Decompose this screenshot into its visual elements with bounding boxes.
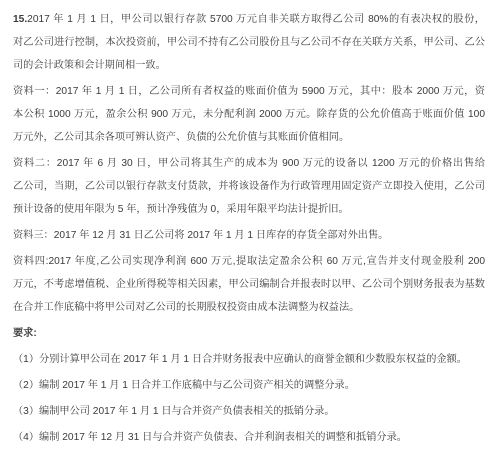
material-2-line-2: 乙公司，当期，乙公司以银行存款支付货款，并将该设备作为行政管理用固定资产立即投入… [13,175,485,198]
requirements-heading-paragraph: 要求: [13,322,485,345]
material-1-line-3: 万元外，乙公司其余各项可辨认资产、负债的公允价值与其账面价值相同。 [13,126,485,149]
material-1-line-1: 资料一：2017 年 1 月 1 日，乙公司所有者权益的账面价值为 5900 万… [13,80,485,103]
requirement-3-paragraph: （3）编制甲公司 2017 年 1 月 1 日与合并资产负债表相关的抵销分录。 [13,400,485,423]
material-3-paragraph: 资料三：2017 年 12 月 31 日乙公司将 2017 年 1 月 1 日库… [13,224,485,247]
material-4-line-3: 在合并工作底稿中将甲公司对乙公司的长期股权投资由成本法调整为权益法。 [13,296,485,319]
text-line: 15.2017 年 1 月 1 日，甲公司以银行存款 5700 万元自非关联方取… [13,8,485,31]
material-1-line-2: 本公积 1000 万元，盈余公积 900 万元，未分配利润 2000 万元。除存… [13,103,485,126]
requirement-4: （4）编制 2017 年 12 月 31 日与合并资产负债表、合并利润表相关的调… [13,426,485,449]
material-1-paragraph: 资料一：2017 年 1 月 1 日，乙公司所有者权益的账面价值为 5900 万… [13,80,485,149]
material-2-paragraph: 资料二：2017 年 6 月 30 日，甲公司将其生产的成本为 900 万元的设… [13,152,485,221]
requirement-4-paragraph: （4）编制 2017 年 12 月 31 日与合并资产负债表、合并利润表相关的调… [13,426,485,449]
intro-line-2: 对乙公司进行控制，本次投资前，甲公司不持有乙公司股份且与乙公司不存在关联方关系，… [13,31,485,54]
material-4-line-1: 资料四:2017 年度,乙公司实现净利润 600 万元,提取法定盈余公积 60 … [13,250,485,273]
intro-line-1: 2017 年 1 月 1 日，甲公司以银行存款 5700 万元自非关联方取得乙公… [27,14,485,25]
exam-problem-document: 15.2017 年 1 月 1 日，甲公司以银行存款 5700 万元自非关联方取… [0,0,497,453]
intro-paragraph: 15.2017 年 1 月 1 日，甲公司以银行存款 5700 万元自非关联方取… [13,8,485,77]
material-3-line-1: 资料三：2017 年 12 月 31 日乙公司将 2017 年 1 月 1 日库… [13,224,485,247]
requirements-heading: 要求: [13,322,485,345]
material-2-line-1: 资料二：2017 年 6 月 30 日，甲公司将其生产的成本为 900 万元的设… [13,152,485,175]
requirement-2: （2）编制 2017 年 1 月 1 日合并工作底稿中与乙公司资产相关的调整分录… [13,374,485,397]
material-4-paragraph: 资料四:2017 年度,乙公司实现净利润 600 万元,提取法定盈余公积 60 … [13,250,485,319]
requirement-3: （3）编制甲公司 2017 年 1 月 1 日与合并资产负债表相关的抵销分录。 [13,400,485,423]
intro-line-3: 司的会计政策和会计期间相一致。 [13,54,485,77]
requirement-1: （1）分别计算甲公司在 2017 年 1 月 1 日合并财务报表中应确认的商誉金… [13,348,485,371]
material-4-line-2: 万元，不考虑增值税、企业所得税等相关因素，甲公司编制合并报表时以甲、乙公司个别财… [13,273,485,296]
requirement-1-paragraph: （1）分别计算甲公司在 2017 年 1 月 1 日合并财务报表中应确认的商誉金… [13,348,485,371]
problem-number: 15. [13,14,27,25]
material-2-line-3: 预计设备的使用年限为 5 年，预计净残值为 0，采用年限平均法计提折旧。 [13,198,485,221]
requirement-2-paragraph: （2）编制 2017 年 1 月 1 日合并工作底稿中与乙公司资产相关的调整分录… [13,374,485,397]
